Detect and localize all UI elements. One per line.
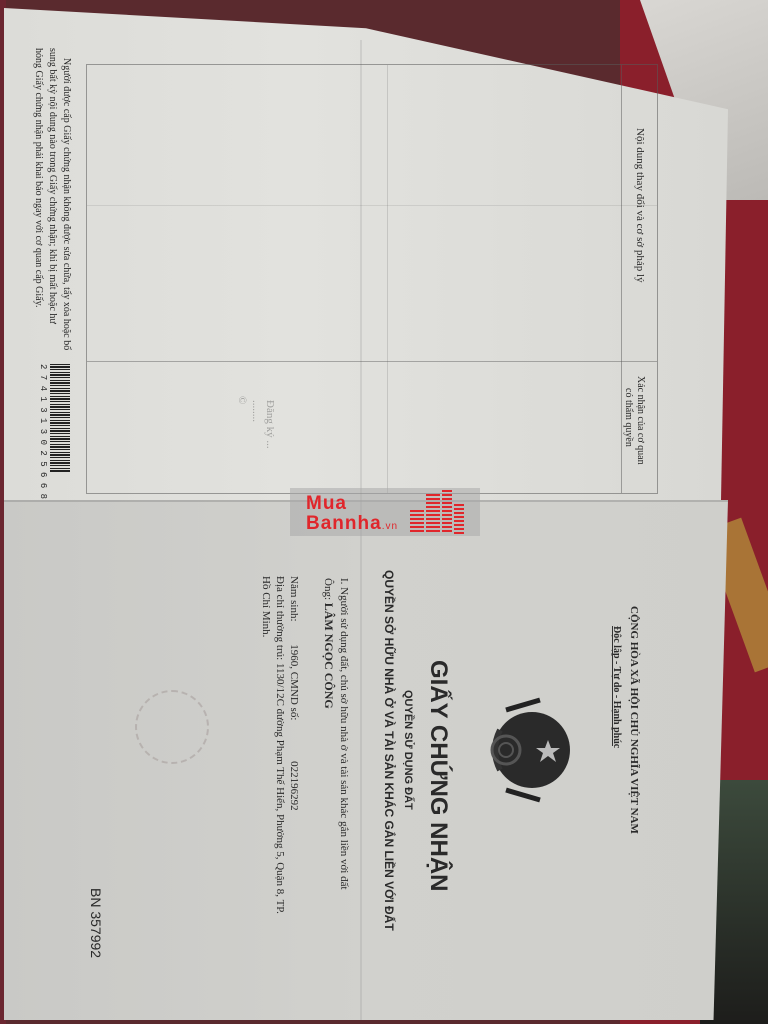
notice-line-2: sung bất kỳ nội dung nào trong Giấy chứn… [47, 48, 58, 324]
notice-line-3: hỏng Giấy chứng nhận phải khai báo ngay … [33, 48, 44, 307]
table-divider [387, 65, 388, 493]
changes-table-col-2-header-line1: Xác nhận của cơ quan [635, 376, 646, 465]
address-row: Địa chỉ thường trú: 1130/12C đường Phạm … [274, 576, 286, 914]
section-1-heading: I. Người sử dụng đất, chủ sở hữu nhà ở v… [338, 578, 350, 890]
motto-underline [612, 626, 613, 746]
watermark-text-line1: Mua [306, 494, 347, 513]
notice-line-1: Người được cấp Giấy chứng nhận không đượ… [61, 58, 72, 350]
owner-name-row: Ông: LÂM NGỌC CÔNG [321, 578, 336, 709]
watermark-text-line2: Bannha.vn [306, 514, 398, 536]
table-divider [621, 65, 622, 493]
watermark-brand: Bannha [306, 513, 382, 534]
barcode-number: 2 7 4 1 3 1 3 0 2 5 6 6 8 [38, 364, 48, 499]
certificate-subtitle-1: QUYỀN SỬ DỤNG ĐẤT [402, 690, 414, 810]
faded-note: Đăng ký ... [264, 400, 276, 449]
watermark-domain-suffix: .vn [382, 521, 398, 532]
watermark-buildings-icon [410, 490, 464, 534]
address-value: 1130/12C đường Phạm Thế Hiển, Phường 5, … [274, 663, 286, 914]
changes-table-col-1-header: Nội dung thay đổi và cơ sở pháp lý [634, 128, 646, 283]
faded-stamp [135, 690, 209, 764]
id-value: 022196292 [288, 761, 300, 811]
birth-label: Năm sinh: [288, 576, 300, 622]
changes-table [86, 64, 658, 494]
table-divider [87, 205, 657, 206]
serial-number: BN 357992 [88, 888, 104, 958]
faded-note: ........ [250, 400, 262, 422]
certificate-subtitle-2: QUYỀN SỞ HỮU NHÀ Ở VÀ TÀI SẢN KHÁC GẮN L… [382, 570, 396, 931]
faded-note: © [236, 396, 248, 404]
certificate-paper-lower-half [4, 500, 728, 1020]
table-divider [87, 361, 657, 362]
national-emblem-icon [480, 690, 572, 808]
id-label: CMND số: [288, 672, 300, 721]
address-line-2: Hồ Chí Minh. [260, 576, 272, 637]
owner-name-value: LÂM NGỌC CÔNG [322, 603, 336, 709]
birth-id-row: Năm sinh: 1960, CMND số: 022196292 [288, 576, 300, 811]
changes-table-col-2-header-line2: có thẩm quyền [623, 388, 634, 447]
owner-name-label: Ông: [322, 578, 334, 600]
barcode-icon [50, 364, 70, 472]
birth-value: 1960, [288, 644, 300, 669]
country-header: CỘNG HÒA XÃ HỘI CHỦ NGHĨA VIỆT NAM [628, 606, 640, 834]
certificate-title: GIẤY CHỨNG NHẬN [424, 660, 452, 891]
address-label: Địa chỉ thường trú: [274, 576, 286, 660]
